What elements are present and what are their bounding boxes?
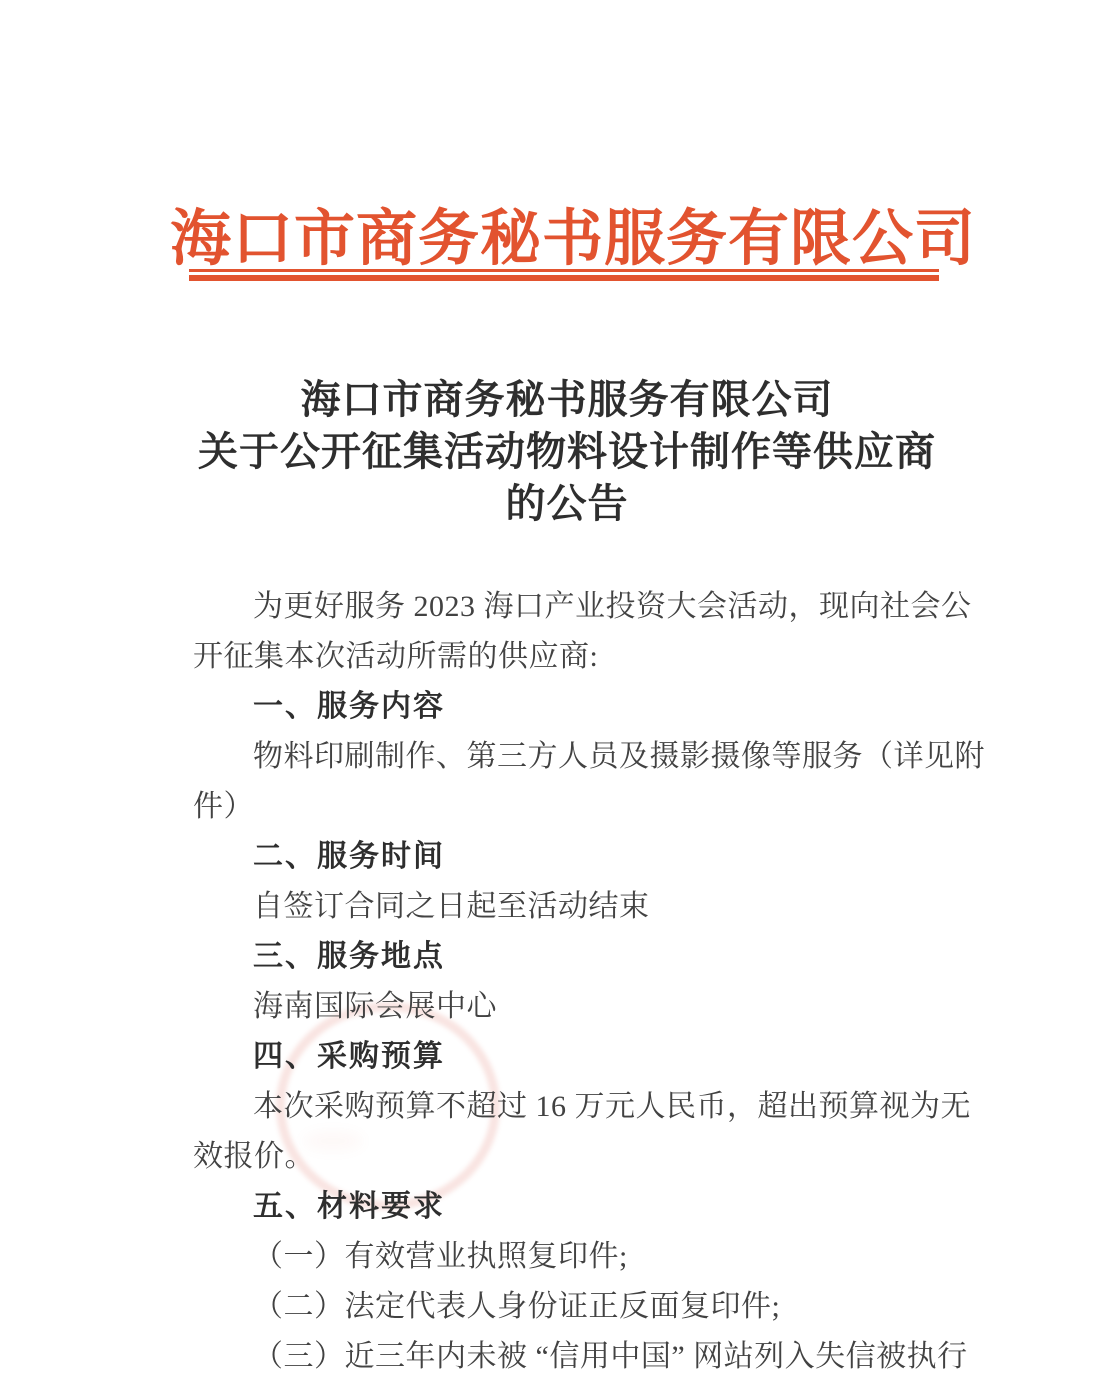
body-line: 本次采购预算不超过 16 万元人民币，超出预算视为无 [193,1082,953,1132]
section-heading: 五、材料要求 [193,1182,953,1232]
section-heading: 四、采购预算 [193,1032,953,1082]
section-heading: 二、服务时间 [193,832,953,882]
body-line: 海南国际会展中心 [193,982,953,1032]
body-line: （一）有效营业执照复印件; [193,1232,953,1282]
document-body: 为更好服务 2023 海口产业投资大会活动，现向社会公开征集本次活动所需的供应商… [193,582,953,1382]
document-title-line-1: 海口市商务秘书服务有限公司 [16,374,1102,426]
scanned-document-page: 海口市商务秘书服务有限公司 海口市商务秘书服务有限公司 关于公开征集活动物料设计… [0,0,1102,1382]
company-letterhead: 海口市商务秘书服务有限公司 [22,190,1102,277]
body-line: 物料印刷制作、第三方人员及摄影摄像等服务（详见附 [193,732,953,782]
body-line: 件） [193,782,953,832]
document-title-line-3: 的公告 [16,478,1102,530]
body-line: 开征集本次活动所需的供应商: [193,632,953,682]
document-title-line-2: 关于公开征集活动物料设计制作等供应商 [16,426,1102,478]
body-line: （二）法定代表人身份证正反面复印件; [193,1282,953,1332]
body-line: （三）近三年内未被 “信用中国” 网站列入失信被执行 [193,1332,953,1382]
body-line: 自签订合同之日起至活动结束 [193,882,953,932]
section-heading: 三、服务地点 [193,932,953,982]
body-line: 效报价。 [193,1132,953,1182]
letterhead-double-rule [189,269,939,281]
section-heading: 一、服务内容 [193,682,953,732]
document-title: 海口市商务秘书服务有限公司 关于公开征集活动物料设计制作等供应商 的公告 [16,374,1102,530]
body-line: 为更好服务 2023 海口产业投资大会活动，现向社会公 [193,582,953,632]
